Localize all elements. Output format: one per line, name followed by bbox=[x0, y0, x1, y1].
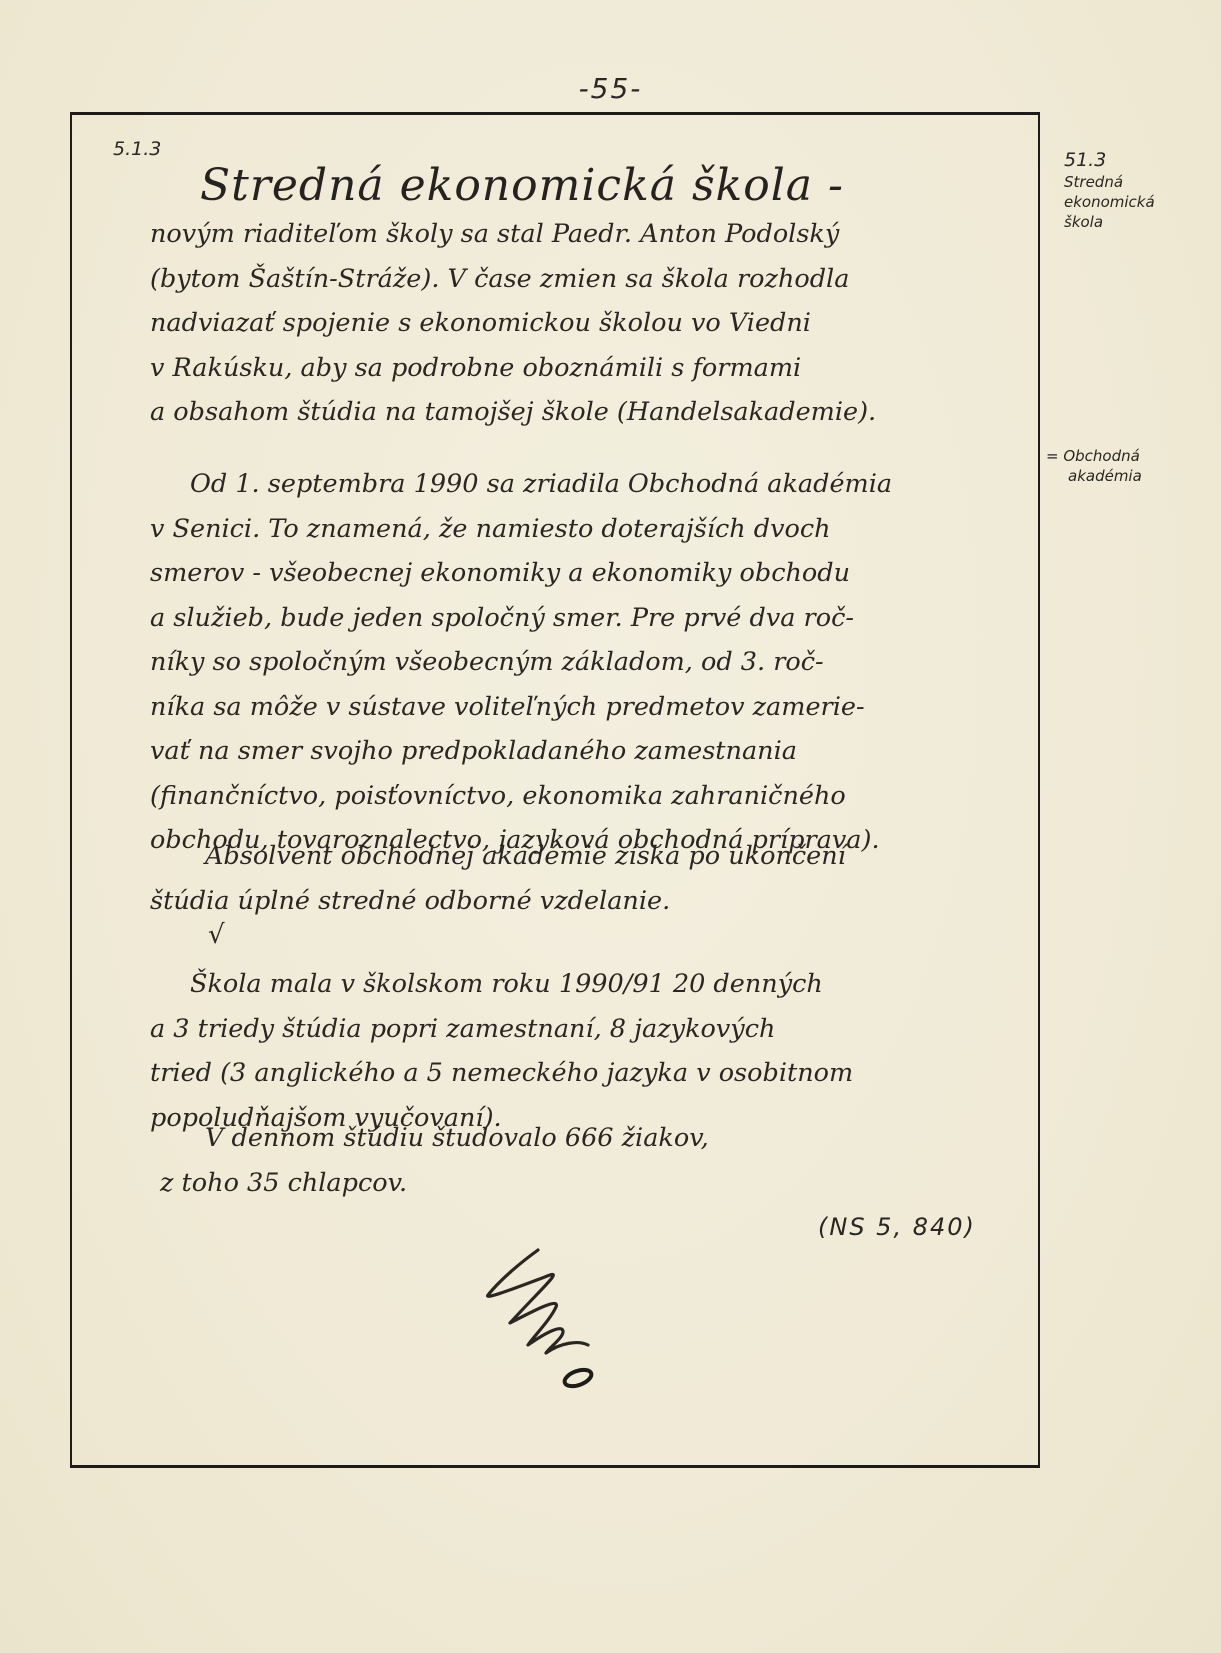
paragraph-3: Absolvent obchodnej akadémie získa po uk… bbox=[150, 834, 1020, 923]
archive-reference: (NS 5, 840) bbox=[818, 1213, 976, 1241]
paragraph-5: V dennom štúdiu študovalo 666 žiakov, z … bbox=[150, 1116, 1020, 1205]
text-line: Absolvent obchodnej akadémie získa po uk… bbox=[150, 834, 1020, 879]
text-line: štúdia úplné stredné odborné vzdelanie. bbox=[150, 879, 1020, 924]
margin-note-akademia: = Obchodná akadémia bbox=[1046, 446, 1142, 486]
text-line: novým riaditeľom školy sa stal Paedr. An… bbox=[150, 212, 1020, 257]
text-line: v Senici. To znamená, že namiesto dotera… bbox=[150, 507, 1020, 552]
document-page: -55- 5.1.3 Stredná ekonomická škola - no… bbox=[0, 0, 1221, 1653]
section-number: 5.1.3 bbox=[113, 138, 161, 160]
text-line: vať na smer svojho predpokladaného zames… bbox=[150, 729, 1020, 774]
text-line: Od 1. septembra 1990 sa zriadila Obchodn… bbox=[150, 462, 1020, 507]
text-line: smerov - všeobecnej ekonomiky a ekonomik… bbox=[150, 551, 1020, 596]
text-line: níky so spoločným všeobecným základom, o… bbox=[150, 640, 1020, 685]
checkmark-icon: √ bbox=[208, 920, 225, 950]
text-line: tried (3 anglického a 5 nemeckého jazyka… bbox=[150, 1051, 1020, 1096]
text-line: Škola mala v školskom roku 1990/91 20 de… bbox=[150, 962, 1020, 1007]
text-line: a obsahom štúdia na tamojšej škole (Hand… bbox=[150, 390, 1020, 435]
section-title: Stredná ekonomická škola - bbox=[200, 160, 844, 211]
margin-line: škola bbox=[1064, 212, 1155, 232]
text-line: (bytom Šaštín-Stráže). V čase zmien sa š… bbox=[150, 257, 1020, 302]
margin-line: = Obchodná bbox=[1046, 446, 1142, 466]
text-line: níka sa môže v sústave voliteľných predm… bbox=[150, 685, 1020, 730]
margin-line: akadémia bbox=[1046, 466, 1142, 486]
text-line: v Rakúsku, aby sa podrobne oboznámili s … bbox=[150, 346, 1020, 391]
text-line: a 3 triedy štúdia popri zamestnaní, 8 ja… bbox=[150, 1007, 1020, 1052]
signature-icon bbox=[480, 1245, 620, 1395]
margin-line: ekonomická bbox=[1064, 192, 1155, 212]
paragraph-4: Škola mala v školskom roku 1990/91 20 de… bbox=[150, 962, 1020, 1140]
paragraph-1: novým riaditeľom školy sa stal Paedr. An… bbox=[150, 212, 1020, 435]
paragraph-2: Od 1. septembra 1990 sa zriadila Obchodn… bbox=[150, 462, 1020, 863]
text-line: V dennom štúdiu študovalo 666 žiakov, bbox=[150, 1116, 1020, 1161]
page-number: -55- bbox=[0, 72, 1221, 105]
text-line: z toho 35 chlapcov. bbox=[150, 1161, 1020, 1206]
text-line: nadviazať spojenie s ekonomickou školou … bbox=[150, 301, 1020, 346]
margin-note-section: 51.3 Stredná ekonomická škola bbox=[1064, 148, 1155, 232]
text-line: (finančníctvo, poisťovníctvo, ekonomika … bbox=[150, 774, 1020, 819]
margin-line: Stredná bbox=[1064, 172, 1155, 192]
margin-section-number: 51.3 bbox=[1064, 148, 1155, 172]
text-line: a služieb, bude jeden spoločný smer. Pre… bbox=[150, 596, 1020, 641]
